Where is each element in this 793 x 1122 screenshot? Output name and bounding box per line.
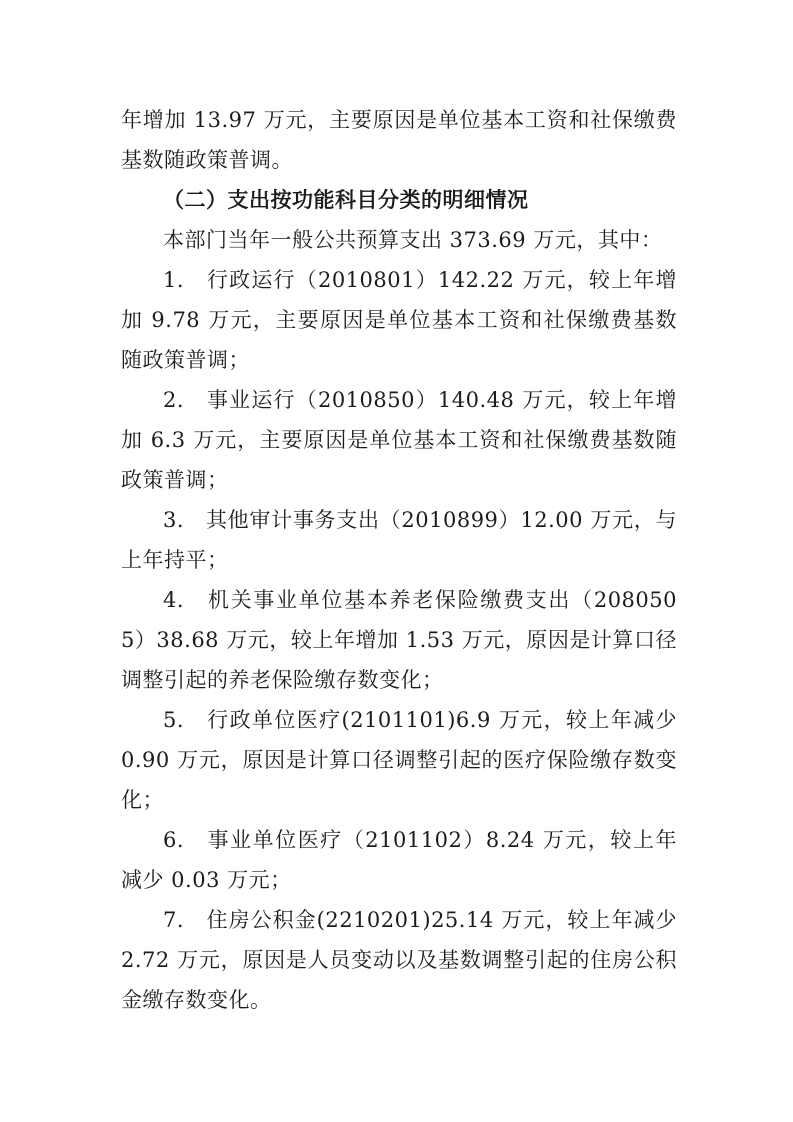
list-item-institution-medical: 6. 事业单位医疗（2101102）8.24 万元，较上年减少 0.03 万元；	[121, 820, 677, 900]
paragraph-total-expenditure: 本部门当年一般公共预算支出 373.69 万元，其中：	[121, 220, 677, 260]
list-item-institution-operation: 2. 事业运行（2010850）140.48 万元，较上年增加 6.3 万元，主…	[121, 380, 677, 500]
document-text-block: 年增加 13.97 万元，主要原因是单位基本工资和社保缴费基数随政策普调。 （二…	[121, 100, 677, 1020]
list-item-administrative-medical: 5. 行政单位医疗(2101101)6.9 万元，较上年减少 0.90 万元，原…	[121, 700, 677, 820]
document-page: 年增加 13.97 万元，主要原因是单位基本工资和社保缴费基数随政策普调。 （二…	[0, 0, 793, 1122]
section-heading: （二）支出按功能科目分类的明细情况	[121, 180, 677, 220]
list-item-pension-insurance: 4. 机关事业单位基本养老保险缴费支出（2080505）38.68 万元，较上年…	[121, 580, 677, 700]
list-item-housing-fund: 7. 住房公积金(2210201)25.14 万元，较上年减少 2.72 万元，…	[121, 900, 677, 1020]
list-item-administrative-operation: 1. 行政运行（2010801）142.22 万元，较上年增加 9.78 万元，…	[121, 260, 677, 380]
paragraph-continuation: 年增加 13.97 万元，主要原因是单位基本工资和社保缴费基数随政策普调。	[121, 100, 677, 180]
list-item-other-audit-affairs: 3. 其他审计事务支出（2010899）12.00 万元，与上年持平；	[121, 500, 677, 580]
